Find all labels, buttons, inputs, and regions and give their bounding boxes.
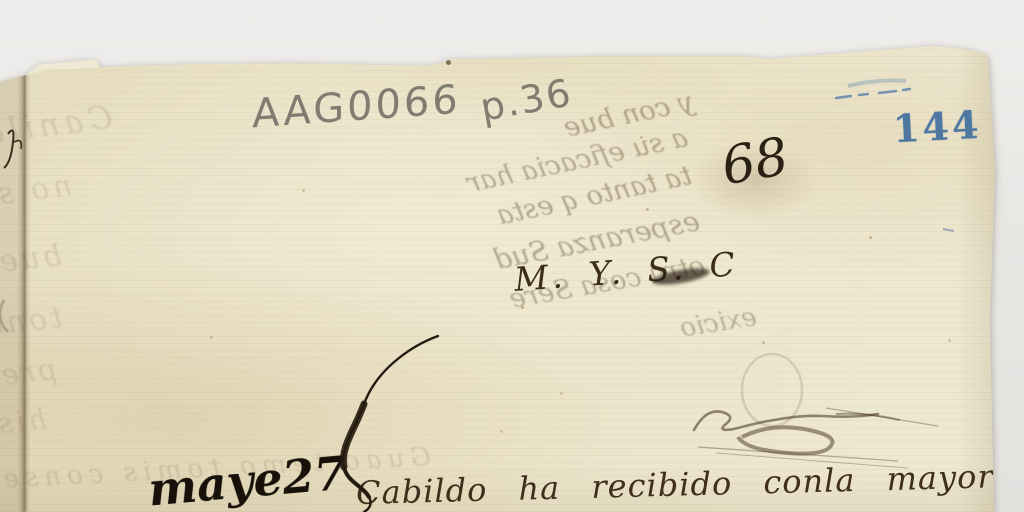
ink-rubric: 68 xyxy=(717,127,793,198)
manuscript-page: Canila el no sus este ordinar buena enco… xyxy=(0,0,1024,512)
folio-number-stamp: 144 xyxy=(892,102,983,152)
paper-wrap: Canila el no sus este ordinar buena enco… xyxy=(0,0,1024,512)
paper-speckles xyxy=(0,0,3,3)
archive-photo: Canila el no sus este ordinar buena enco… xyxy=(0,0,1024,512)
